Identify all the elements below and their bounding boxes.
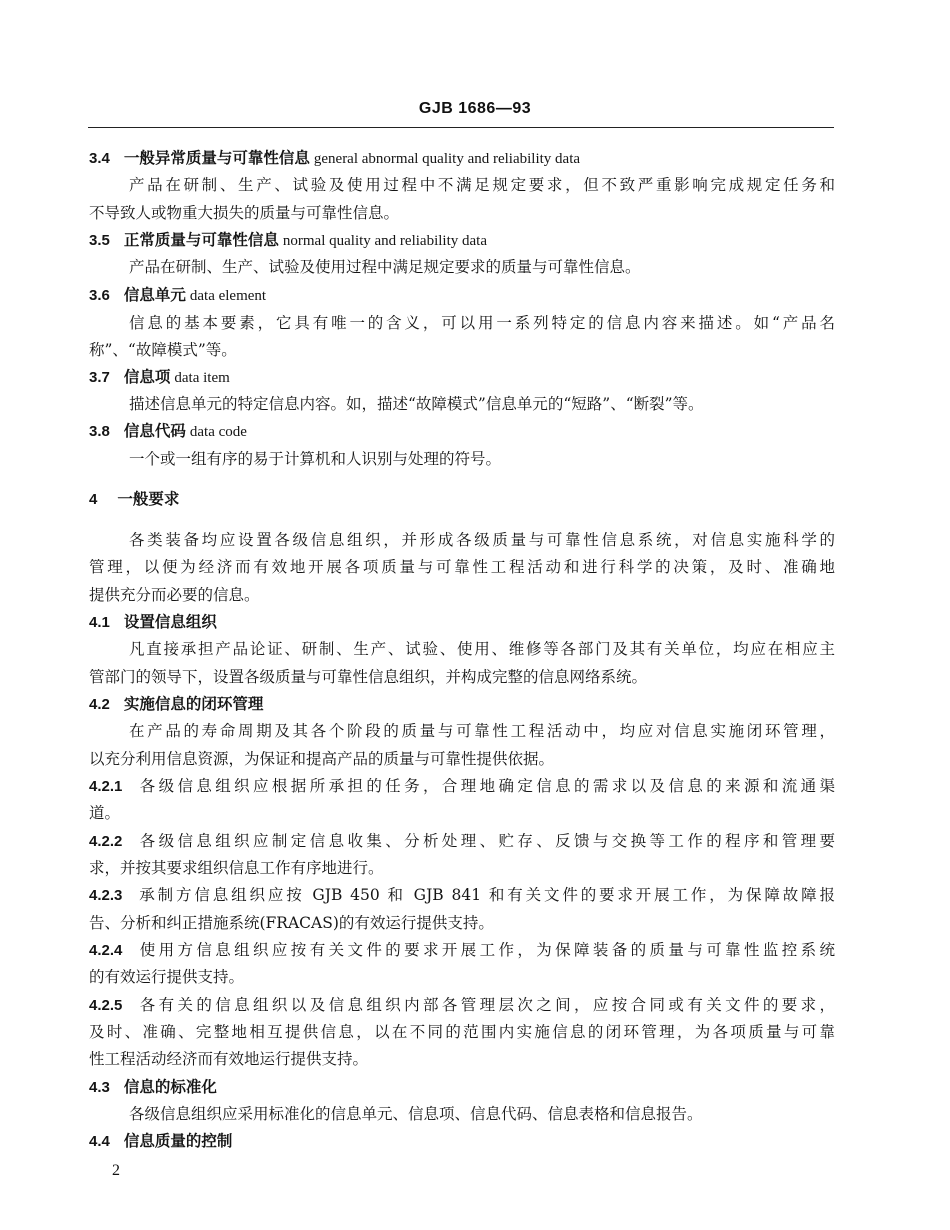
paragraph-line: 产品在研制、生产、试验及使用过程中满足规定要求的质量与可靠性信息。 bbox=[129, 257, 641, 277]
section-title: 设置信息组织 bbox=[124, 613, 217, 631]
paragraph-line: 在产品的寿命周期及其各个阶段的质量与可靠性工程活动中，均应对信息实施闭环管理， bbox=[129, 721, 835, 741]
section-title: 信息项 bbox=[124, 368, 171, 386]
section-title: 一般异常质量与可靠性信息 bbox=[124, 149, 310, 167]
paragraph-line: 的有效运行提供支持。 bbox=[89, 967, 244, 987]
paragraph-line: 性工程活动经济而有效地运行提供支持。 bbox=[89, 1049, 368, 1069]
section-title-en: general abnormal quality and reliability… bbox=[314, 151, 580, 167]
paragraph-line: 管理，以便为经济而有效地开展各项质量与可靠性工程活动和进行科学的决策，及时、准确… bbox=[89, 557, 835, 577]
section-heading-3-8: 3.8信息代码data code bbox=[89, 421, 247, 442]
section-title-en: normal quality and reliability data bbox=[283, 233, 487, 249]
section-title: 信息质量的控制 bbox=[124, 1132, 233, 1150]
section-title: 正常质量与可靠性信息 bbox=[124, 231, 279, 249]
clause-number: 4.2.1 bbox=[89, 777, 122, 797]
clause-number: 4.2.5 bbox=[89, 996, 122, 1016]
clause-number: 4.2.2 bbox=[89, 832, 122, 852]
section-title-en: data code bbox=[190, 424, 247, 440]
section-number: 4.1 bbox=[89, 613, 110, 633]
paragraph-line: 各级信息组织应采用标准化的信息单元、信息项、信息代码、信息表格和信息报告。 bbox=[129, 1104, 703, 1124]
page-number: 2 bbox=[112, 1162, 120, 1180]
paragraph-line: 管部门的领导下，设置各级质量与可靠性信息组织，并构成完整的信息网络系统。 bbox=[89, 667, 647, 687]
paragraph-line: 称”、“故障模式”等。 bbox=[89, 340, 237, 360]
section-title: 一般要求 bbox=[117, 490, 179, 508]
clause-text: 使用方信息组织应按有关文件的要求开展工作，为保障装备的质量与可靠性监控系统 bbox=[136, 941, 835, 959]
clause-number: 4.2.4 bbox=[89, 941, 122, 961]
document-page: GJB 1686—93 3.4一般异常质量与可靠性信息general abnor… bbox=[0, 0, 950, 1230]
paragraph-line: 各类装备均应设置各级信息组织，并形成各级质量与可靠性信息系统，对信息实施科学的 bbox=[129, 530, 835, 550]
section-heading-4-3: 4.3信息的标准化 bbox=[89, 1077, 217, 1098]
paragraph-line: 不导致人或物重大损失的质量与可靠性信息。 bbox=[89, 203, 399, 223]
section-heading-3-5: 3.5正常质量与可靠性信息normal quality and reliabil… bbox=[89, 230, 487, 251]
section-number: 4 bbox=[89, 490, 97, 510]
section-title-en: data element bbox=[190, 288, 266, 304]
section-number: 4.4 bbox=[89, 1132, 110, 1152]
section-heading-3-4: 3.4一般异常质量与可靠性信息general abnormal quality … bbox=[89, 148, 580, 169]
paragraph-line: 信息的基本要素，它具有唯一的含义，可以用一系列特定的信息内容来描述。如“产品名 bbox=[129, 313, 835, 333]
clause-number: 4.2.3 bbox=[89, 886, 122, 906]
clause-text: 各级信息组织应制定信息收集、分析处理、贮存、反馈与交换等工作的程序和管理要 bbox=[136, 832, 835, 850]
section-title-en: data item bbox=[174, 370, 229, 386]
section-heading-4-2: 4.2实施信息的闭环管理 bbox=[89, 694, 263, 715]
paragraph-line: 描述信息单元的特定信息内容。如，描述“故障模式”信息单元的“短路”、“断裂”等。 bbox=[129, 394, 704, 414]
standard-code-header: GJB 1686—93 bbox=[0, 100, 950, 118]
clause-4-2-3: 4.2.3承制方信息组织应按 GJB 450 和 GJB 841 和有关文件的要… bbox=[89, 885, 835, 906]
section-heading-4-1: 4.1设置信息组织 bbox=[89, 612, 217, 633]
section-heading-3-6: 3.6信息单元data element bbox=[89, 285, 266, 306]
header-divider bbox=[88, 127, 834, 128]
clause-text: 承制方信息组织应按 GJB 450 和 GJB 841 和有关文件的要求开展工作… bbox=[136, 886, 835, 904]
clause-4-2-2: 4.2.2各级信息组织应制定信息收集、分析处理、贮存、反馈与交换等工作的程序和管… bbox=[89, 831, 835, 852]
section-number: 4.3 bbox=[89, 1078, 110, 1098]
section-heading-4-4: 4.4信息质量的控制 bbox=[89, 1131, 232, 1152]
paragraph-line: 告、分析和纠正措施系统(FRACAS)的有效运行提供支持。 bbox=[89, 913, 494, 933]
paragraph-line: 一个或一组有序的易于计算机和人识别与处理的符号。 bbox=[129, 449, 501, 469]
paragraph-line: 以充分利用信息资源，为保证和提高产品的质量与可靠性提供依据。 bbox=[89, 749, 554, 769]
clause-4-2-1: 4.2.1各级信息组织应根据所承担的任务，合理地确定信息的需求以及信息的来源和流… bbox=[89, 776, 835, 797]
section-number: 4.2 bbox=[89, 695, 110, 715]
section-number: 3.6 bbox=[89, 286, 110, 306]
section-title: 信息单元 bbox=[124, 286, 186, 304]
section-number: 3.8 bbox=[89, 422, 110, 442]
paragraph-line: 及时、准确、完整地相互提供信息，以在不同的范围内实施信息的闭环管理，为各项质量与… bbox=[89, 1022, 835, 1042]
clause-4-2-5: 4.2.5各有关的信息组织以及信息组织内部各管理层次之间，应按合同或有关文件的要… bbox=[89, 995, 835, 1016]
section-title: 信息的标准化 bbox=[124, 1078, 217, 1096]
section-title: 实施信息的闭环管理 bbox=[124, 695, 264, 713]
paragraph-line: 提供充分而必要的信息。 bbox=[89, 585, 260, 605]
paragraph-line: 求，并按其要求组织信息工作有序地进行。 bbox=[89, 858, 384, 878]
paragraph-line: 凡直接承担产品论证、研制、生产、试验、使用、维修等各部门及其有关单位，均应在相应… bbox=[129, 639, 835, 659]
section-number: 3.4 bbox=[89, 149, 110, 169]
paragraph-line: 产品在研制、生产、试验及使用过程中不满足规定要求，但不致严重影响完成规定任务和 bbox=[129, 175, 835, 195]
clause-text: 各有关的信息组织以及信息组织内部各管理层次之间，应按合同或有关文件的要求， bbox=[136, 996, 835, 1014]
section-heading-4: 4一般要求 bbox=[89, 489, 179, 510]
section-heading-3-7: 3.7信息项data item bbox=[89, 367, 230, 388]
section-number: 3.5 bbox=[89, 231, 110, 251]
section-title: 信息代码 bbox=[124, 422, 186, 440]
paragraph-line: 道。 bbox=[89, 803, 120, 823]
clause-text: 各级信息组织应根据所承担的任务，合理地确定信息的需求以及信息的来源和流通渠 bbox=[136, 777, 835, 795]
clause-4-2-4: 4.2.4使用方信息组织应按有关文件的要求开展工作，为保障装备的质量与可靠性监控… bbox=[89, 940, 835, 961]
section-number: 3.7 bbox=[89, 368, 110, 388]
